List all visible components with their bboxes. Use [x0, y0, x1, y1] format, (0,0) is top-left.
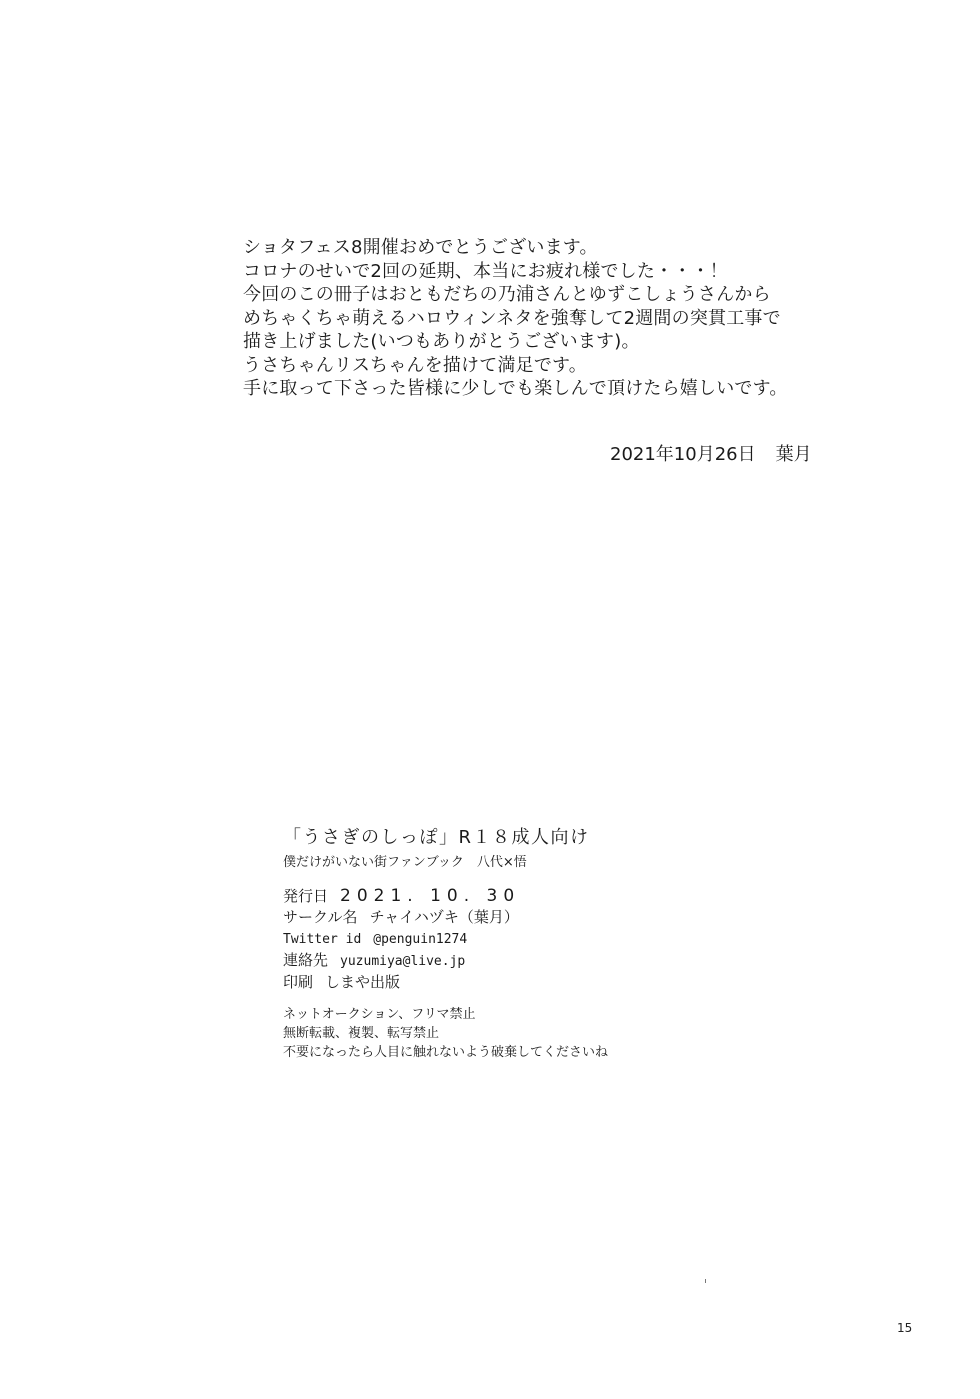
signature: 2021年10月26日葉月	[610, 443, 812, 467]
afterword-line: コロナのせいで2回の延期、本当にお疲れ様でした・・・！	[243, 260, 843, 284]
signature-author: 葉月	[776, 444, 812, 465]
circle-name-value: チャイハヅキ（葉月）	[370, 908, 519, 926]
book-subtitle: 僕だけがいない街ファンブック 八代×悟	[283, 853, 608, 873]
usage-note: 無断転載、複製、転写禁止	[283, 1024, 608, 1043]
page-number: 15	[897, 1321, 912, 1335]
afterword-message: ショタフェス8開催おめでとうございます。 コロナのせいで2回の延期、本当にお疲れ…	[243, 236, 843, 401]
afterword-line: 今回のこの冊子はおともだちの乃浦さんとゆずこしょうさんから	[243, 283, 843, 307]
printer-label: 印刷	[283, 972, 313, 993]
publish-date-value: 2021. 10. 30	[340, 886, 520, 906]
publish-date-row: 発行日2021. 10. 30	[283, 886, 608, 907]
afterword-line: うさちゃんリスちゃんを描けて満足です。	[243, 354, 843, 378]
twitter-handle: @penguin1274	[373, 932, 467, 947]
colophon: 「うさぎのしっぽ」R１８成人向け 僕だけがいない街ファンブック 八代×悟 発行日…	[283, 826, 608, 1062]
afterword-line: 手に取って下さった皆様に少しでも楽しんで頂けたら嬉しいです。	[243, 377, 843, 401]
usage-note: ネットオークション、フリマ禁止	[283, 1005, 608, 1024]
afterword-line: ショタフェス8開催おめでとうございます。	[243, 236, 843, 260]
twitter-label: Twitter id	[283, 929, 361, 950]
afterword-line: めちゃくちゃ萌えるハロウィンネタを強奪して2週間の突貫工事で	[243, 307, 843, 331]
book-title: 「うさぎのしっぽ」R１８成人向け	[283, 826, 608, 850]
usage-notes: ネットオークション、フリマ禁止 無断転載、複製、転写禁止 不要になったら人目に触…	[283, 1005, 608, 1062]
scan-speck	[705, 1279, 706, 1283]
printer-row: 印刷しまや出版	[283, 972, 608, 993]
contact-label: 連絡先	[283, 950, 328, 971]
circle-name-label: サークル名	[283, 907, 358, 928]
usage-note: 不要になったら人目に触れないよう破棄してくださいね	[283, 1043, 608, 1062]
afterword-line: 描き上げました(いつもありがとうございます)。	[243, 330, 843, 354]
publish-date-label: 発行日	[283, 886, 328, 907]
contact-email: yuzumiya@live.jp	[340, 954, 465, 969]
signature-date: 2021年10月26日	[610, 444, 756, 465]
printer-value: しまや出版	[325, 973, 400, 991]
publication-info: 発行日2021. 10. 30 サークル名チャイハヅキ（葉月） Twitter …	[283, 886, 608, 993]
twitter-row: Twitter id@penguin1274	[283, 928, 608, 950]
circle-name-row: サークル名チャイハヅキ（葉月）	[283, 907, 608, 928]
contact-row: 連絡先yuzumiya@live.jp	[283, 950, 608, 972]
